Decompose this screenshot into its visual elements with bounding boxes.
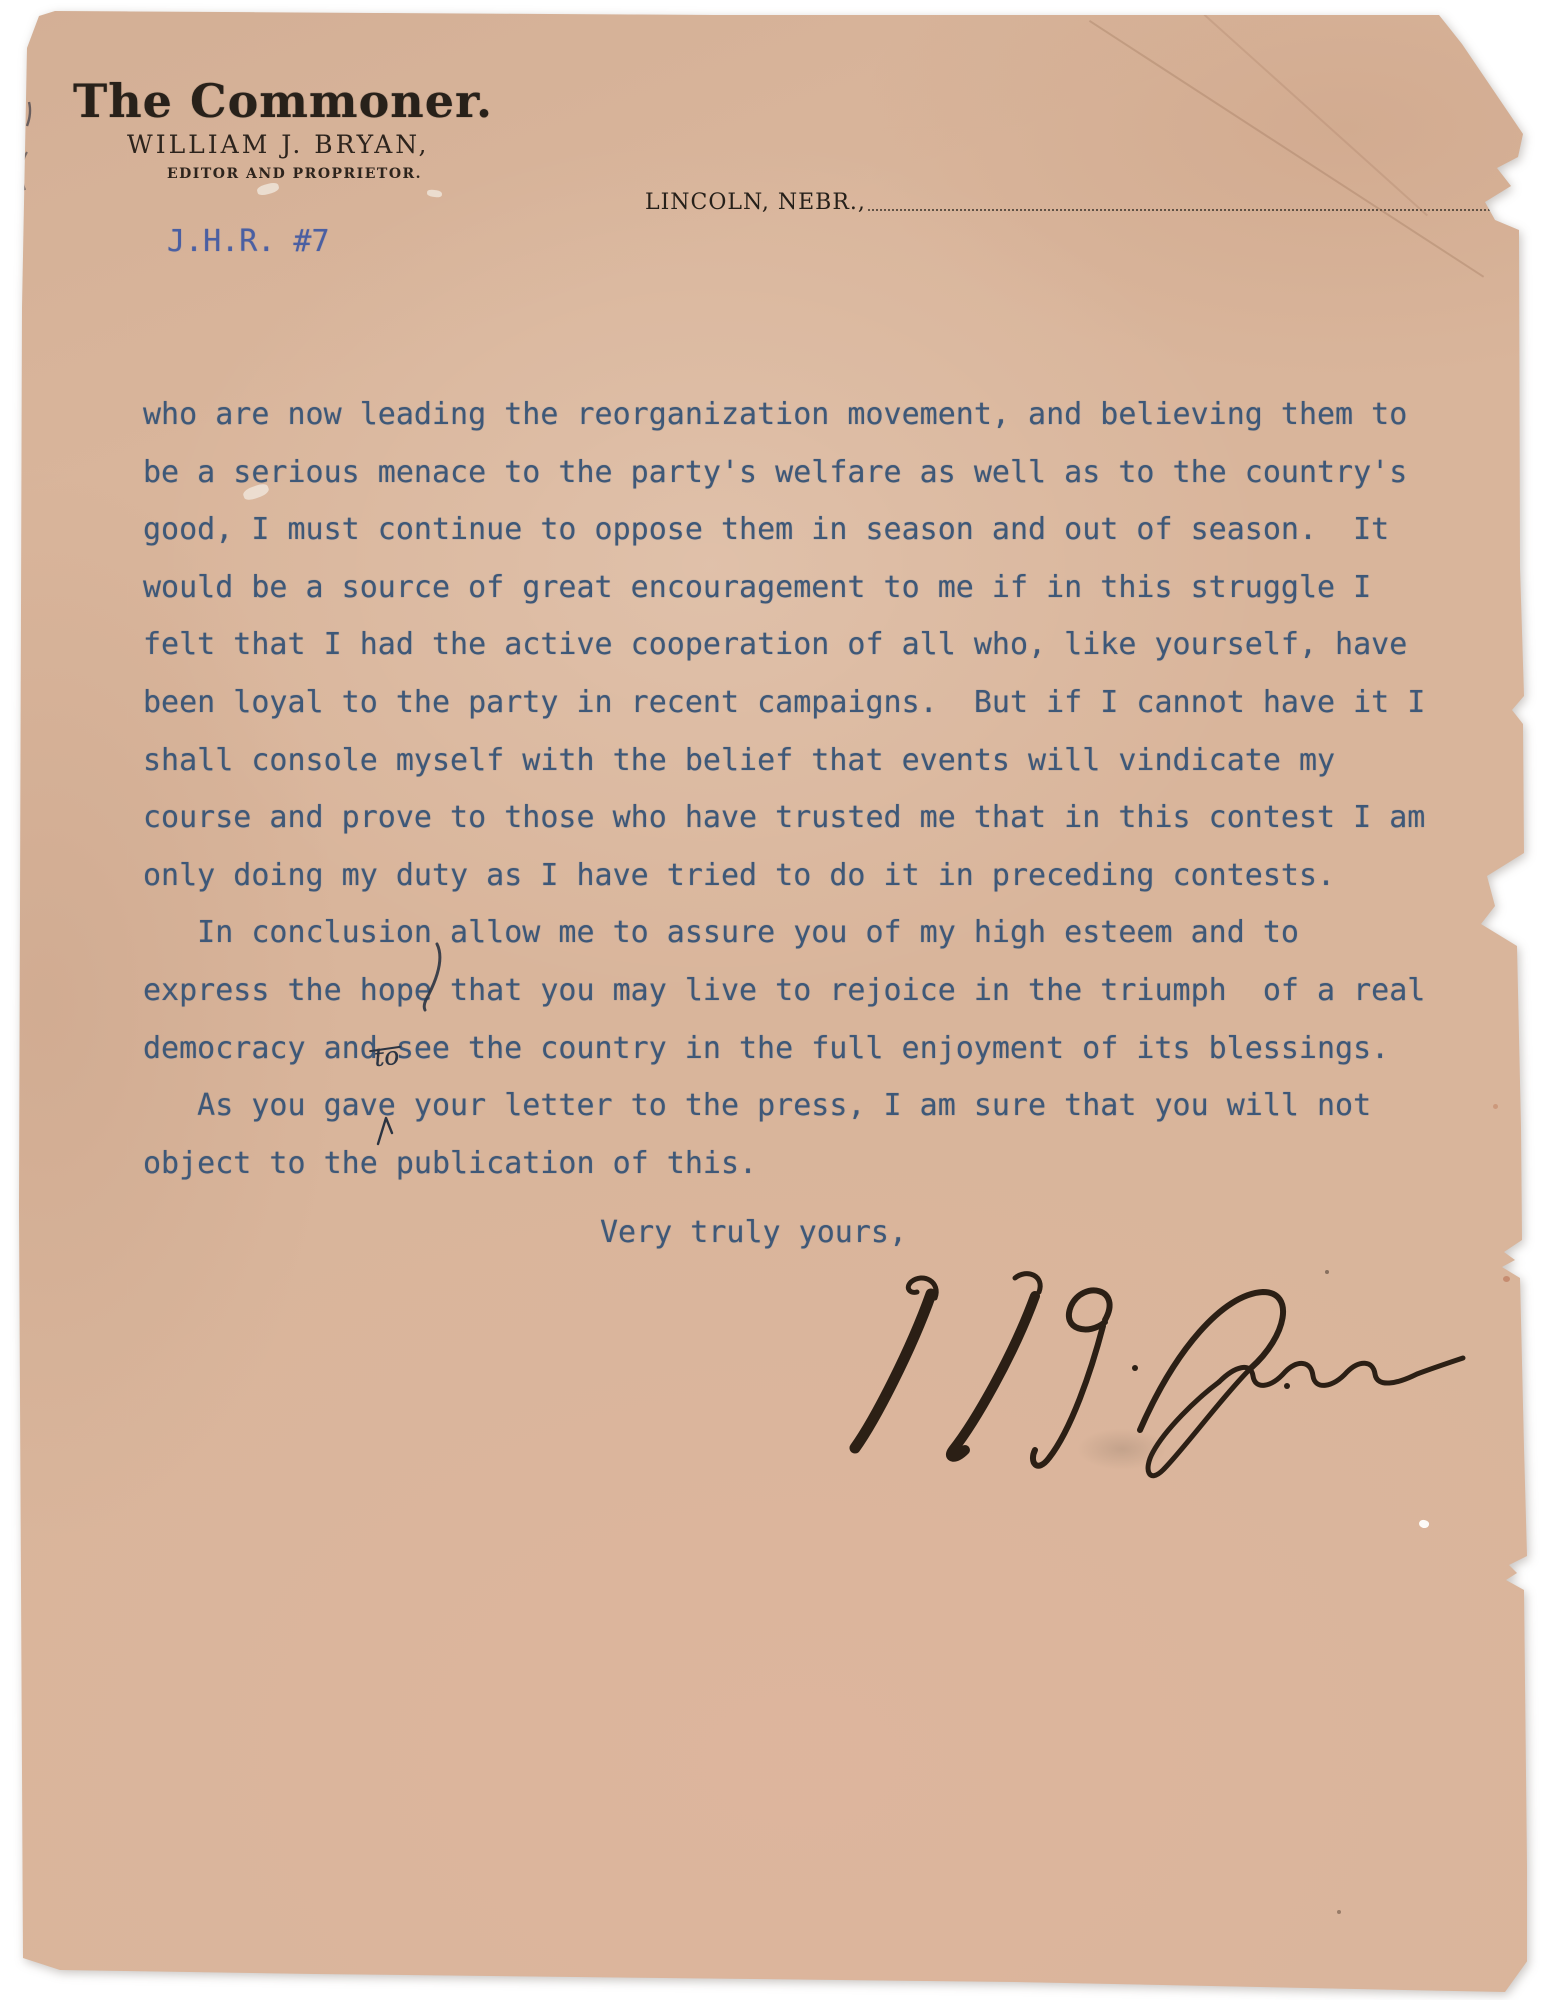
dateline-label: LINCOLN, NEBR., [645,190,866,215]
handwritten-to: to [373,1042,401,1069]
paper-abrasion [256,181,280,196]
typed-line: As you gave your letter to the press, I … [143,1077,1483,1135]
letterhead-editor-name: WILLIAM J. BRYAN, [127,130,430,159]
typed-line: shall console myself with the belief tha… [143,732,1483,790]
dateline: LINCOLN, NEBR., [645,190,1490,215]
typed-line: only doing my duty as I have tried to do… [143,847,1483,905]
closing-line: Very truly yours, [600,1204,907,1262]
foxing-spot [1493,1104,1498,1109]
foxing-spot [1325,1270,1329,1274]
letterhead-editor-title: EDITOR AND PROPRIETOR. [167,166,422,182]
reference-number: J.H.R. #7 [167,224,330,259]
typed-line: would be a source of great encouragement… [143,559,1483,617]
typed-text: democracy and [143,1031,378,1066]
typed-line: object to the publication of this. [143,1135,1483,1193]
typed-line: good, I must continue to oppose them in … [143,501,1483,559]
paper-sheet: The Commoner. WILLIAM J. BRYAN, EDITOR A… [15,8,1527,1998]
paper-crease [1089,20,1484,277]
foxing-spot [1503,1276,1510,1282]
typed-line: been loyal to the party in recent campai… [143,674,1483,732]
paper-hole [1418,1519,1430,1530]
letter-scan: The Commoner. WILLIAM J. BRYAN, EDITOR A… [15,8,1527,1998]
dateline-dotted-rule [868,209,1490,211]
typed-line: felt that I had the active cooperation o… [143,616,1483,674]
margin-pen-marks-icon [17,100,43,204]
typed-line: In conclusion allow me to assure you of … [143,904,1483,962]
typed-line: who are now leading the reorganization m… [143,386,1483,444]
ink-smudge [1077,1428,1167,1470]
typed-line: course and prove to those who have trust… [143,789,1483,847]
typed-line: be a serious menace to the party's welfa… [143,444,1483,502]
typed-text: see the country in the full enjoyment of… [396,1031,1389,1066]
letterhead-title: The Commoner. [73,74,493,128]
paper-abrasion [427,189,443,198]
letter-body: who are now leading the reorganization m… [143,386,1483,1192]
foxing-spot [1337,1910,1341,1914]
signature: W. J. Bryan [635,1270,1485,1485]
handwritten-comma-icon: , [421,940,447,1018]
typed-line: express the hope that you may live to re… [143,962,1483,1020]
typed-line-with-insertion: democracy andto^see the country in the f… [143,1020,1483,1078]
